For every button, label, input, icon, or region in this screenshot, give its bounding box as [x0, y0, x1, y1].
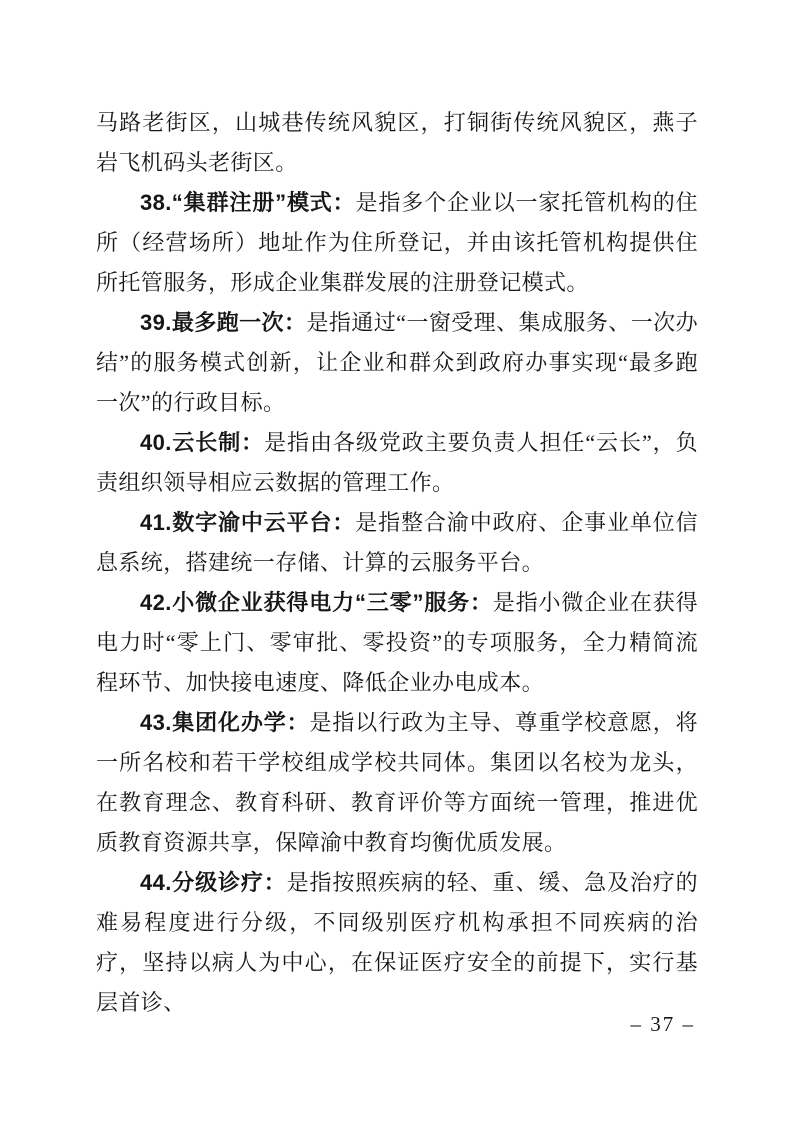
paragraph-item-41: 41.数字渝中云平台：是指整合渝中政府、企事业单位信息系统，搭建统一存储、计算的…	[96, 503, 698, 583]
paragraph-item-40: 40.云长制：是指由各级党政主要负责人担任“云长”，负责组织领导相应云数据的管理…	[96, 423, 698, 503]
term-label-42: 42.小微企业获得电力“三零”服务：	[140, 590, 493, 615]
document-page: 马路老街区，山城巷传统风貌区，打铜街传统风貌区，燕子岩飞机码头老街区。 38.“…	[0, 0, 793, 1122]
paragraph-text: 马路老街区，山城巷传统风貌区，打铜街传统风貌区，燕子岩飞机码头老街区。	[96, 110, 698, 175]
term-label-40: 40.云长制：	[140, 430, 264, 455]
term-label-44: 44.分级诊疗：	[140, 870, 287, 895]
paragraph-item-43: 43.集团化办学：是指以行政为主导、尊重学校意愿，将一所名校和若干学校组成学校共…	[96, 703, 698, 863]
document-body: 马路老街区，山城巷传统风貌区，打铜街传统风貌区，燕子岩飞机码头老街区。 38.“…	[96, 103, 698, 1023]
paragraph-item-38: 38.“集群注册”模式：是指多个企业以一家托管机构的住所（经营场所）地址作为住所…	[96, 183, 698, 303]
page-number: – 37 –	[631, 1012, 696, 1036]
paragraph-item-42: 42.小微企业获得电力“三零”服务：是指小微企业在获得电力时“零上门、零审批、零…	[96, 583, 698, 703]
term-label-39: 39.最多跑一次：	[140, 310, 306, 335]
term-label-38: 38.“集群注册”模式：	[140, 190, 356, 215]
paragraph-continuation: 马路老街区，山城巷传统风貌区，打铜街传统风貌区，燕子岩飞机码头老街区。	[96, 103, 698, 183]
paragraph-item-44: 44.分级诊疗：是指按照疾病的轻、重、缓、急及治疗的难易程度进行分级，不同级别医…	[96, 863, 698, 1023]
term-label-41: 41.数字渝中云平台：	[140, 510, 355, 535]
term-label-43: 43.集团化办学：	[140, 710, 310, 735]
paragraph-item-39: 39.最多跑一次：是指通过“一窗受理、集成服务、一次办结”的服务模式创新，让企业…	[96, 303, 698, 423]
